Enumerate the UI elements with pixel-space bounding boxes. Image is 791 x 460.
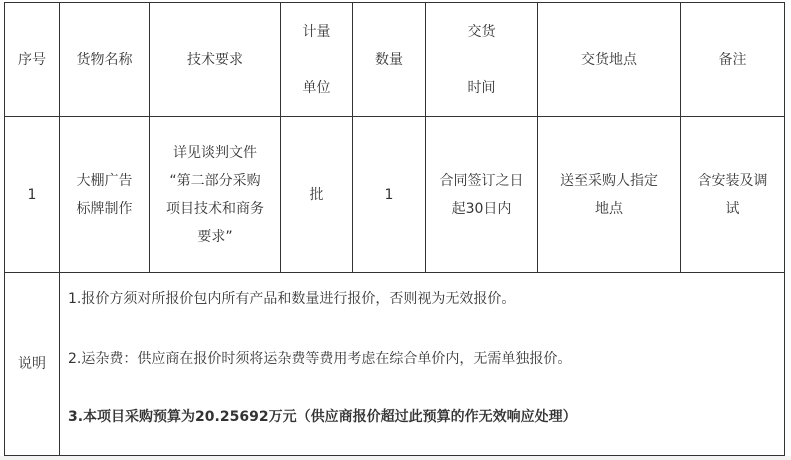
cell-remarks-line2: 试 xyxy=(685,195,780,223)
cell-tech-req-line2: “第二部分采购 xyxy=(154,167,276,195)
cell-delivery-place-line2: 地点 xyxy=(542,195,676,223)
header-delivery-place: 交货地点 xyxy=(538,3,681,117)
header-delivery-time-line2: 时间 xyxy=(430,60,533,116)
header-delivery-time-line1: 交货 xyxy=(430,4,533,60)
note-item-3-budget: 3.本项目采购预算为20.25692万元（供应商报价超过此预算的作无效响应处理） xyxy=(68,369,780,427)
page-bottom-strip xyxy=(0,456,791,460)
cell-remarks-line1: 含安装及调 xyxy=(685,167,780,195)
cell-delivery-time-line2: 起30日内 xyxy=(430,195,533,223)
header-row: 序号 货物名称 技术要求 计量 单位 数量 交货 时间 交货地点 备注 xyxy=(5,3,785,117)
header-quantity: 数量 xyxy=(353,3,426,117)
cell-delivery-time-line1: 合同签订之日 xyxy=(430,167,533,195)
header-goods-name: 货物名称 xyxy=(60,3,150,117)
cell-goods-name-line2: 标牌制作 xyxy=(64,195,145,223)
cell-index: 1 xyxy=(5,117,60,273)
cell-tech-req-line4: 要求” xyxy=(154,223,276,251)
header-unit: 计量 单位 xyxy=(281,3,353,117)
table-row: 1 大棚广告 标牌制作 详见谈判文件 “第二部分采购 项目技术和商务 要求” 批… xyxy=(5,117,785,273)
cell-quantity: 1 xyxy=(353,117,426,273)
header-remarks: 备注 xyxy=(681,3,785,117)
notes-content: 1.报价方须对所报价包内所有产品和数量进行报价，否则视为无效报价。 2.运杂费：… xyxy=(60,273,785,456)
cell-tech-req-line3: 项目技术和商务 xyxy=(154,195,276,223)
cell-tech-req: 详见谈判文件 “第二部分采购 项目技术和商务 要求” xyxy=(150,117,281,273)
cell-delivery-place-line1: 送至采购人指定 xyxy=(542,167,676,195)
header-unit-line1: 计量 xyxy=(285,4,348,60)
header-unit-line2: 单位 xyxy=(285,60,348,116)
cell-goods-name: 大棚广告 标牌制作 xyxy=(60,117,150,273)
cell-delivery-time: 合同签订之日 起30日内 xyxy=(426,117,538,273)
note-item-1: 1.报价方须对所报价包内所有产品和数量进行报价，否则视为无效报价。 xyxy=(68,273,780,309)
cell-goods-name-line1: 大棚广告 xyxy=(64,167,145,195)
cell-unit: 批 xyxy=(281,117,353,273)
procurement-table: 序号 货物名称 技术要求 计量 单位 数量 交货 时间 交货地点 备注 1 大棚… xyxy=(4,2,785,456)
note-item-2: 2.运杂费：供应商在报价时须将运杂费等费用考虑在综合单价内，无需单独报价。 xyxy=(68,309,780,369)
cell-delivery-place: 送至采购人指定 地点 xyxy=(538,117,681,273)
notes-row: 说明 1.报价方须对所报价包内所有产品和数量进行报价，否则视为无效报价。 2.运… xyxy=(5,273,785,456)
cell-remarks: 含安装及调 试 xyxy=(681,117,785,273)
notes-label: 说明 xyxy=(5,273,60,456)
header-delivery-time: 交货 时间 xyxy=(426,3,538,117)
header-index: 序号 xyxy=(5,3,60,117)
header-tech-req: 技术要求 xyxy=(150,3,281,117)
cell-tech-req-line1: 详见谈判文件 xyxy=(154,139,276,167)
